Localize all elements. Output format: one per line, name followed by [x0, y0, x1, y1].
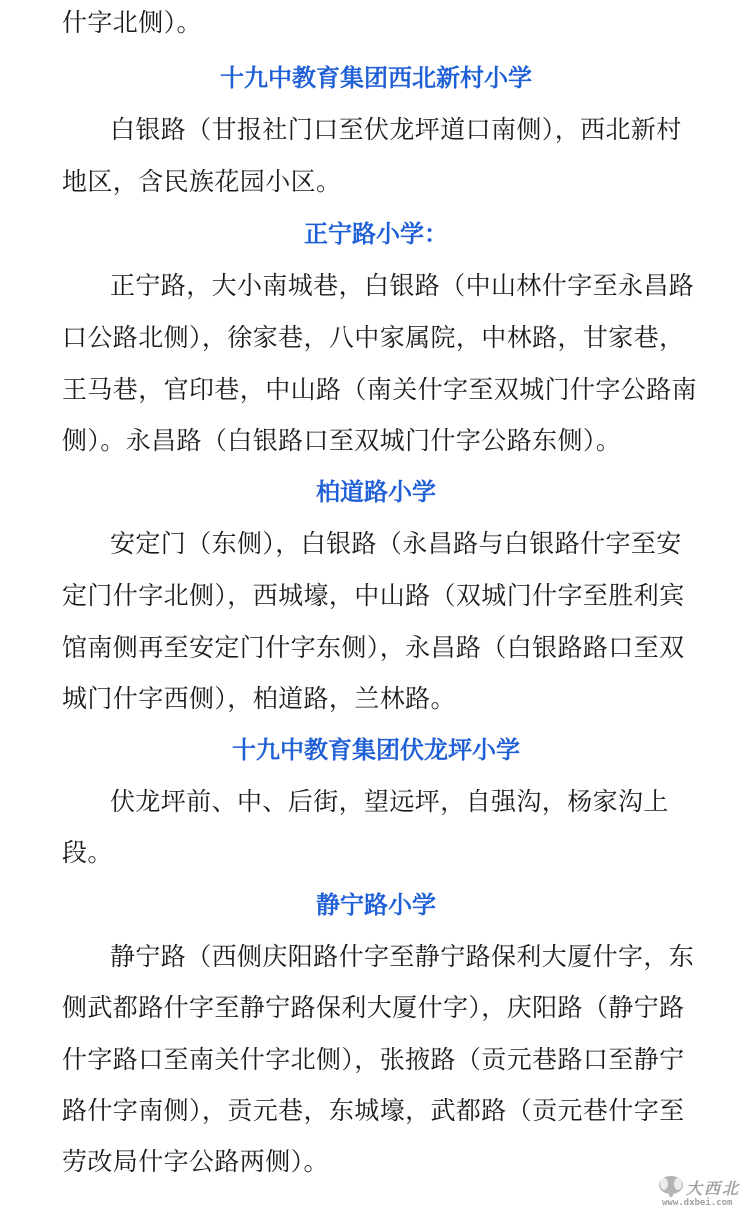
- body-line: 正宁路，大小南城巷，白银路（中山林什字至永昌路: [110, 270, 694, 302]
- watermark-title: 大西北: [686, 1176, 740, 1199]
- body-line: 口公路北侧），徐家巷，八中家属院，中林路，甘家巷，: [62, 322, 685, 354]
- body-line: 段。: [62, 837, 113, 869]
- body-line: 侧）。永昌路（白银路口至双城门什字公路东侧）。: [62, 425, 621, 457]
- body-line: 路什字南侧），贡元巷，东城壕，武都路（贡元巷什字至: [62, 1095, 685, 1127]
- body-line: 什字北侧）。: [62, 7, 202, 39]
- body-line: 白银路（甘报社门口至伏龙坪道口南侧），西北新村: [110, 114, 682, 146]
- body-line: 静宁路（西侧庆阳路什字至静宁路保利大厦什字，东: [110, 941, 694, 973]
- section-heading: 正宁路小学：: [62, 218, 690, 250]
- section-heading: 十九中教育集团伏龙坪小学: [62, 734, 690, 766]
- body-line: 安定门（东侧），白银路（永昌路与白银路什字至安: [110, 528, 682, 560]
- watermark: 大西北 www.dxbei.com: [648, 1172, 744, 1222]
- body-line: 城门什字西侧），柏道路，兰林路。: [62, 683, 456, 715]
- elephant-logo-icon: [658, 1174, 684, 1198]
- body-line: 劳改局什字公路两侧）。: [62, 1146, 329, 1178]
- section-heading: 静宁路小学: [62, 889, 690, 921]
- watermark-url: www.dxbei.com: [662, 1198, 732, 1208]
- body-line: 馆南侧再至安定门什字东侧），永昌路（白银路路口至双: [62, 632, 685, 664]
- body-line: 侧武都路什字至静宁路保利大厦什字），庆阳路（静宁路: [62, 992, 685, 1024]
- body-line: 什字路口至南关什字北侧），张掖路（贡元巷路口至静宁: [62, 1044, 685, 1076]
- body-line: 地区，含民族花园小区。: [62, 166, 341, 198]
- body-line: 定门什字北侧），西城壕，中山路（双城门什字至胜利宾: [62, 580, 685, 612]
- body-line: 王马巷，官印巷，中山路（南关什字至双城门什字公路南: [62, 374, 697, 406]
- body-line: 伏龙坪前、中、后街，望远坪，自强沟，杨家沟上: [110, 786, 669, 818]
- section-heading: 十九中教育集团西北新村小学: [62, 62, 690, 94]
- section-heading: 柏道路小学: [62, 476, 690, 508]
